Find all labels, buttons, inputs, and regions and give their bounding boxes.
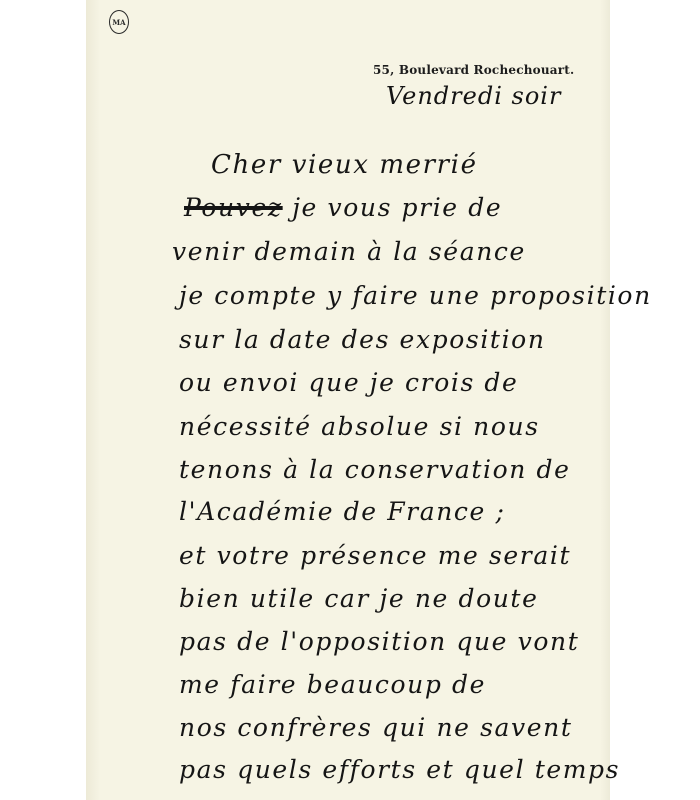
body-line-1: Pouvez je vous prie de bbox=[184, 193, 502, 222]
salutation: Cher vieux merrié bbox=[211, 150, 478, 180]
body-line-9: et votre présence me serait bbox=[179, 541, 571, 570]
body-line-3: je compte y faire une proposition bbox=[179, 281, 652, 310]
struck-word: Pouvez bbox=[184, 193, 283, 222]
body-line-2: venir demain à la séance bbox=[172, 237, 526, 266]
body-line-14: pas quels efforts et quel temps bbox=[179, 755, 620, 784]
letterhead-address: 55, Boulevard Rochechouart. bbox=[373, 63, 574, 77]
collector-stamp-icon: MA bbox=[109, 10, 129, 34]
letter-page: MA 55, Boulevard Rochechouart. Vendredi … bbox=[86, 0, 610, 800]
body-line-8: l'Académie de France ; bbox=[179, 497, 505, 526]
body-line-4: sur la date des exposition bbox=[179, 325, 546, 354]
dateline: Vendredi soir bbox=[386, 82, 561, 110]
body-line-5: ou envoi que je crois de bbox=[179, 368, 518, 397]
body-line-7: tenons à la conservation de bbox=[179, 455, 570, 484]
body-line-13: nos confrères qui ne savent bbox=[179, 713, 573, 742]
body-line-11: pas de l'opposition que vont bbox=[179, 627, 579, 656]
body-line-10: bien utile car je ne doute bbox=[179, 584, 538, 613]
body-line-6: nécessité absolue si nous bbox=[179, 412, 540, 441]
line-text: je vous prie de bbox=[292, 193, 502, 222]
body-line-12: me faire beaucoup de bbox=[179, 670, 486, 699]
